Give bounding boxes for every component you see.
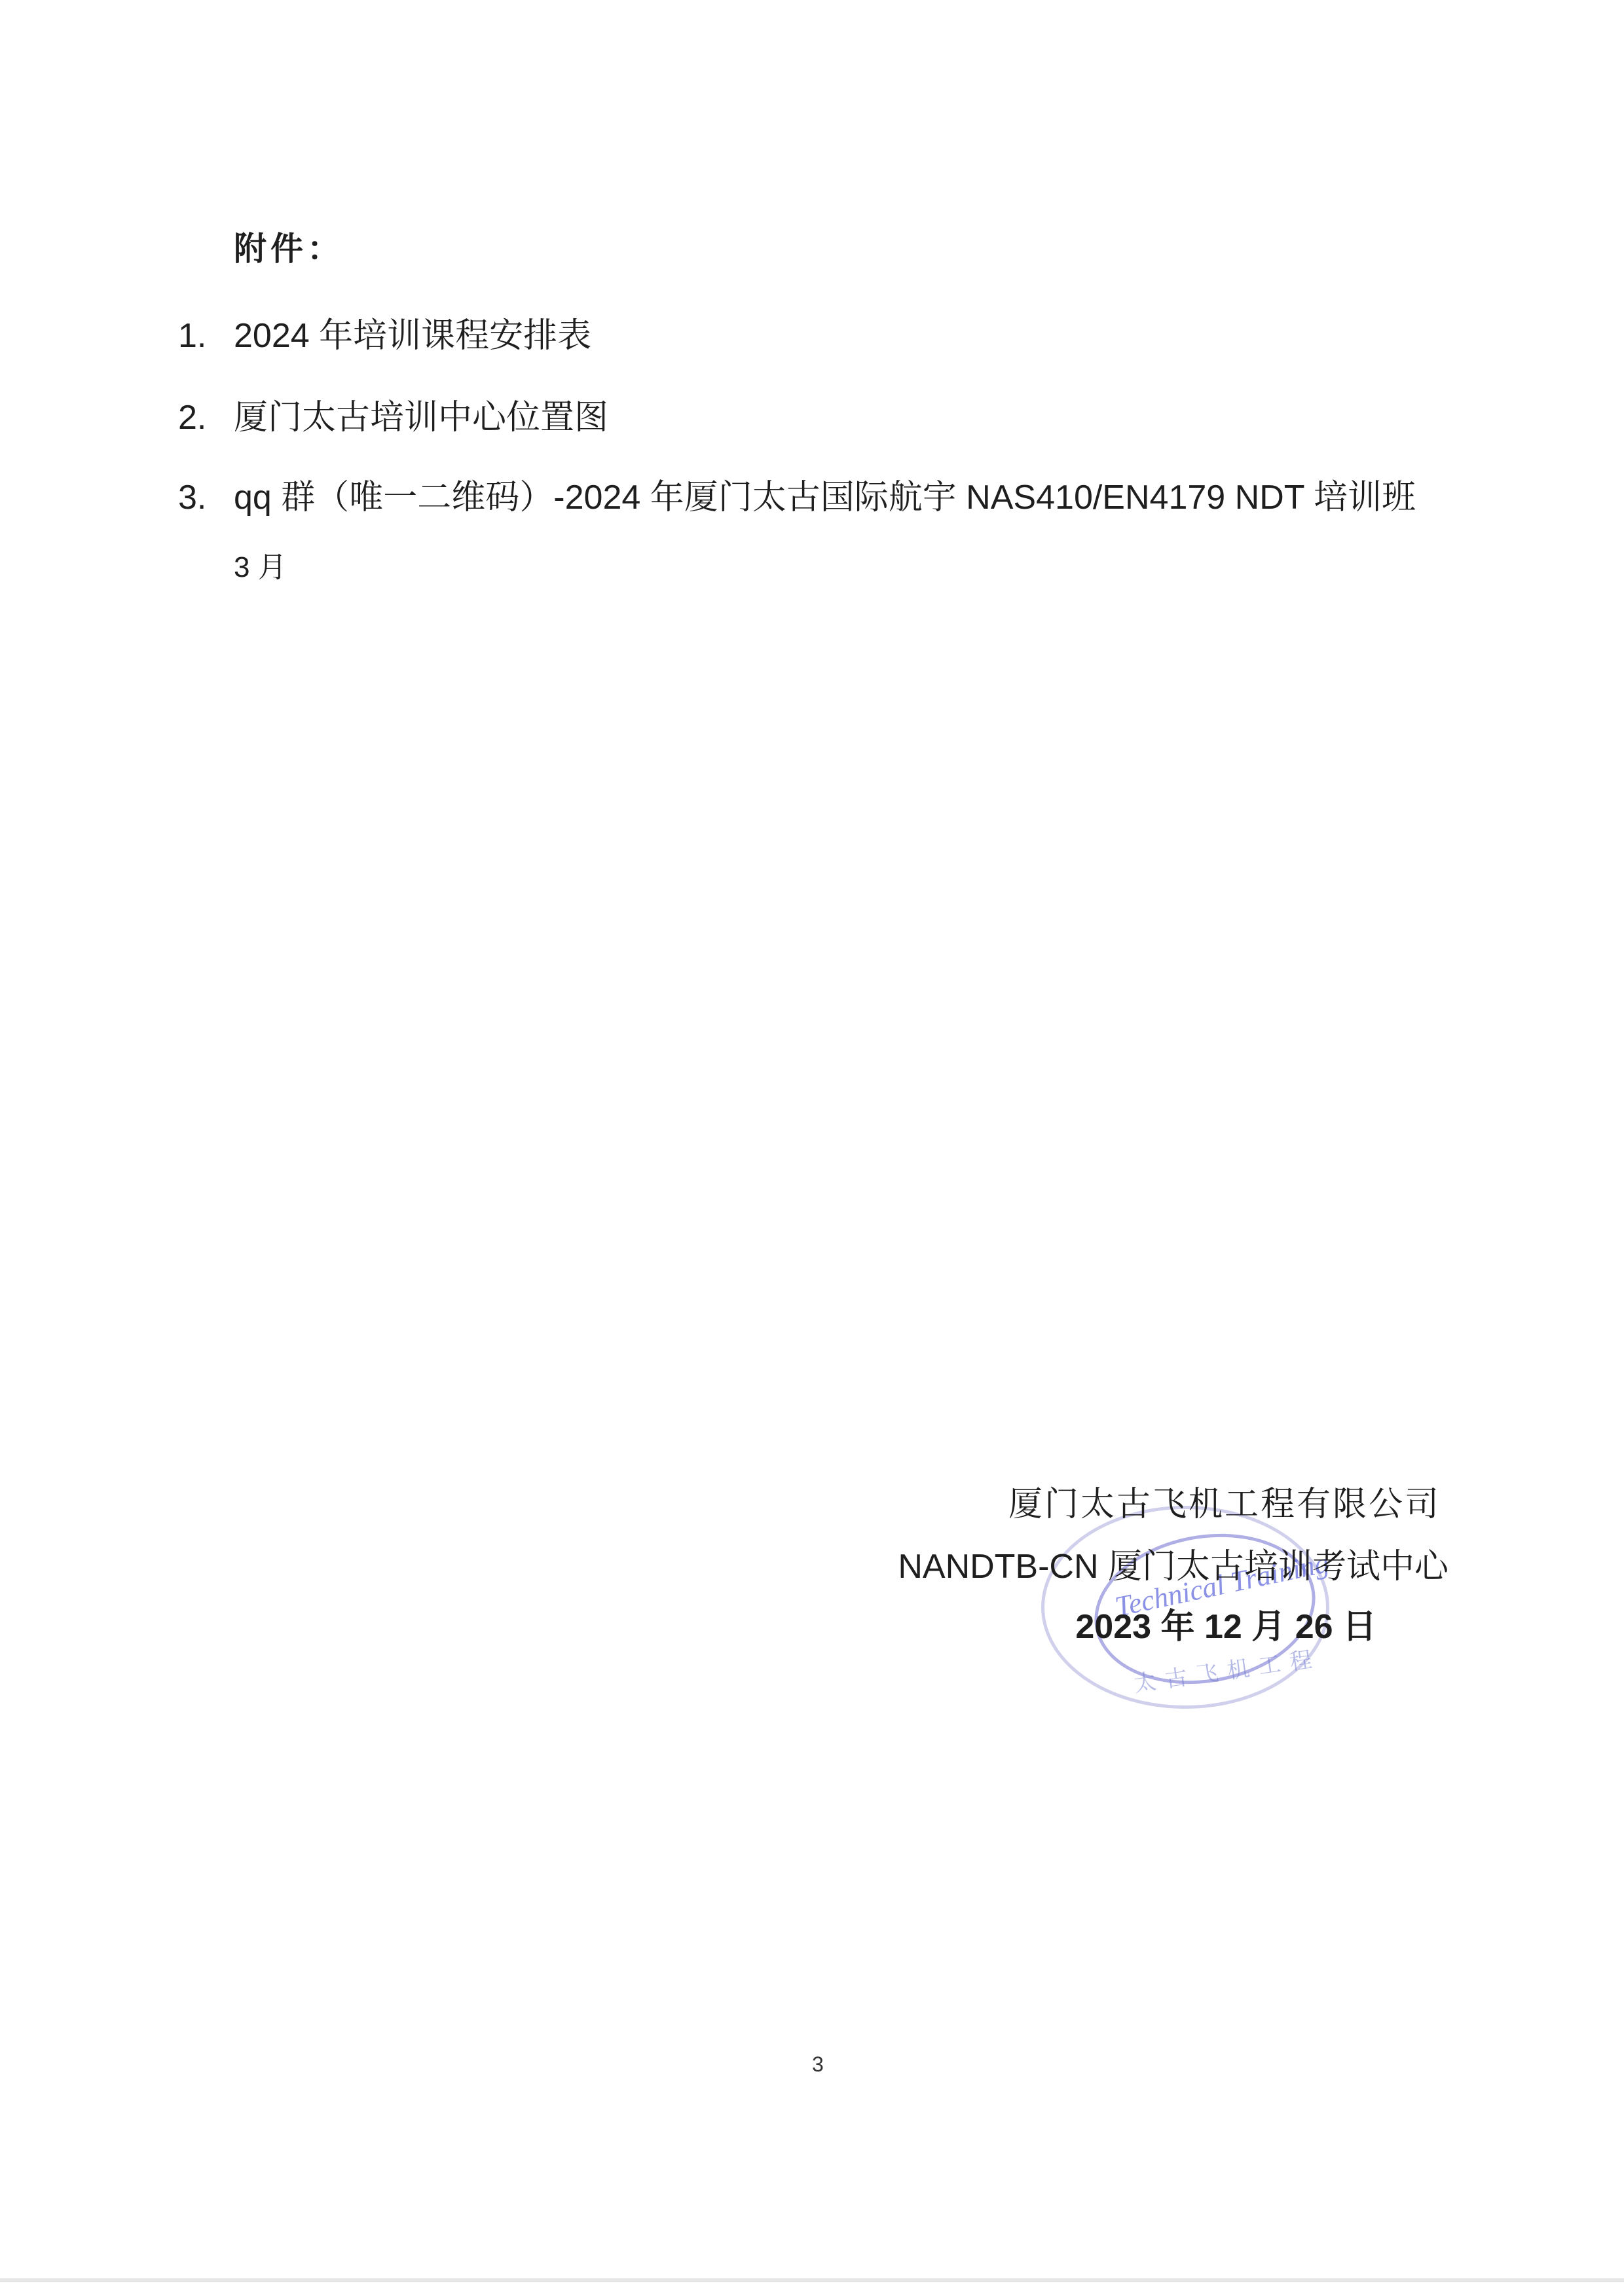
attachment-number: 2. xyxy=(178,398,234,437)
stamp-bottom-text: 太古飞机工程 xyxy=(1132,1640,1323,1698)
attachment-item-2: 2.厦门太古培训中心位置图 xyxy=(178,390,608,439)
attachment-number: 1. xyxy=(178,316,234,355)
page-bottom-edge xyxy=(0,2278,1624,2282)
signature-date: 2023 年 12 月 26 日 xyxy=(1075,1599,1376,1648)
signature-training-center: NANDTB-CN 厦门太古培训考试中心 xyxy=(898,1539,1449,1588)
page-number: 3 xyxy=(812,2052,824,2077)
attachment-item-3-continuation: 3 月 xyxy=(234,543,287,585)
signature-company: 厦门太古飞机工程有限公司 xyxy=(1008,1476,1441,1525)
attachments-heading: 附件： xyxy=(234,223,344,270)
attachment-number: 3. xyxy=(178,478,234,517)
attachment-item-3: 3.qq 群（唯一二维码）-2024 年厦门太古国际航宇 NAS410/EN41… xyxy=(178,469,1416,519)
attachment-text: 厦门太古培训中心位置图 xyxy=(234,399,608,437)
attachment-text: 2024 年培训课程安排表 xyxy=(234,317,591,355)
attachment-item-1: 1.2024 年培训课程安排表 xyxy=(178,308,591,357)
attachment-text: qq 群（唯一二维码）-2024 年厦门太古国际航宇 NAS410/EN4179… xyxy=(234,479,1416,517)
